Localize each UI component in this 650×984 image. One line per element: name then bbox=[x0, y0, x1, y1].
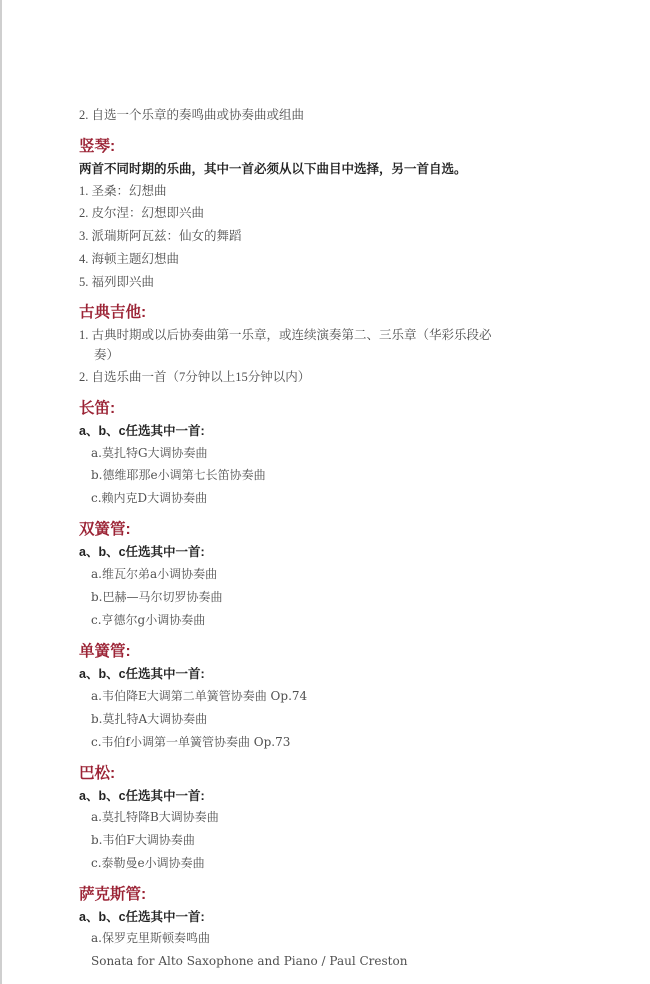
section-heading-saxophone: 萨克斯管: bbox=[79, 885, 146, 905]
oboe-item-c: c.亨德尔g小调协奏曲 bbox=[91, 612, 205, 628]
section-heading-guitar: 古典吉他: bbox=[79, 303, 146, 323]
guitar-item-1-continued: 奏） bbox=[94, 347, 119, 363]
harp-item-4: 4. 海顿主题幻想曲 bbox=[79, 251, 179, 267]
oboe-item-b: b.巴赫—马尔切罗协奏曲 bbox=[91, 589, 223, 605]
section-heading-bassoon: 巴松: bbox=[79, 764, 115, 784]
section-heading-harp: 竖琴: bbox=[79, 137, 115, 157]
harp-item-5: 5. 福列即兴曲 bbox=[79, 274, 154, 290]
page-edge-divider bbox=[0, 0, 2, 984]
harp-instruction: 两首不同时期的乐曲，其中一首必须从以下曲目中选择，另一首自选。 bbox=[79, 161, 467, 177]
harp-item-2: 2. 皮尔涅：幻想即兴曲 bbox=[79, 205, 204, 221]
oboe-item-a: a.维瓦尔弟a小调协奏曲 bbox=[91, 566, 217, 582]
flute-item-b: b.德维耶那e小调第七长笛协奏曲 bbox=[91, 467, 266, 483]
bassoon-item-b: b.韦伯F大调协奏曲 bbox=[91, 832, 195, 848]
flute-instruction: a、b、c任选其中一首: bbox=[79, 423, 205, 439]
saxophone-item-a: a.保罗克里斯顿奏鸣曲 bbox=[91, 930, 210, 946]
clarinet-item-c: c.韦伯f小调第一单簧管协奏曲 Op.73 bbox=[91, 734, 290, 750]
bassoon-item-c: c.泰勒曼e小调协奏曲 bbox=[91, 855, 205, 871]
section-heading-clarinet: 单簧管: bbox=[79, 642, 131, 662]
clarinet-item-a: a.韦伯降E大调第二单簧管协奏曲 Op.74 bbox=[91, 688, 307, 704]
clarinet-item-b: b.莫扎特A大调协奏曲 bbox=[91, 711, 207, 727]
section-heading-oboe: 双簧管: bbox=[79, 520, 131, 540]
saxophone-item-a-english-title: Sonata for Alto Saxophone and Piano / Pa… bbox=[91, 953, 407, 969]
harp-item-3: 3. 派瑞斯阿瓦兹：仙女的舞蹈 bbox=[79, 228, 242, 244]
saxophone-instruction: a、b、c任选其中一首: bbox=[79, 909, 205, 925]
bassoon-item-a: a.莫扎特降B大调协奏曲 bbox=[91, 809, 219, 825]
intro-item-2: 2. 自选一个乐章的奏鸣曲或协奏曲或组曲 bbox=[79, 107, 304, 123]
guitar-item-2: 2. 自选乐曲一首（7分钟以上15分钟以内） bbox=[79, 369, 310, 385]
flute-item-c: c.赖内克D大调协奏曲 bbox=[91, 490, 207, 506]
guitar-item-1: 1. 古典时期或以后协奏曲第一乐章，或连续演奏第二、三乐章（华彩乐段必 bbox=[79, 327, 492, 343]
section-heading-flute: 长笛: bbox=[79, 399, 115, 419]
harp-item-1: 1. 圣桑：幻想曲 bbox=[79, 183, 167, 199]
oboe-instruction: a、b、c任选其中一首: bbox=[79, 544, 205, 560]
bassoon-instruction: a、b、c任选其中一首: bbox=[79, 788, 205, 804]
flute-item-a: a.莫扎特G大调协奏曲 bbox=[91, 445, 208, 461]
clarinet-instruction: a、b、c任选其中一首: bbox=[79, 666, 205, 682]
